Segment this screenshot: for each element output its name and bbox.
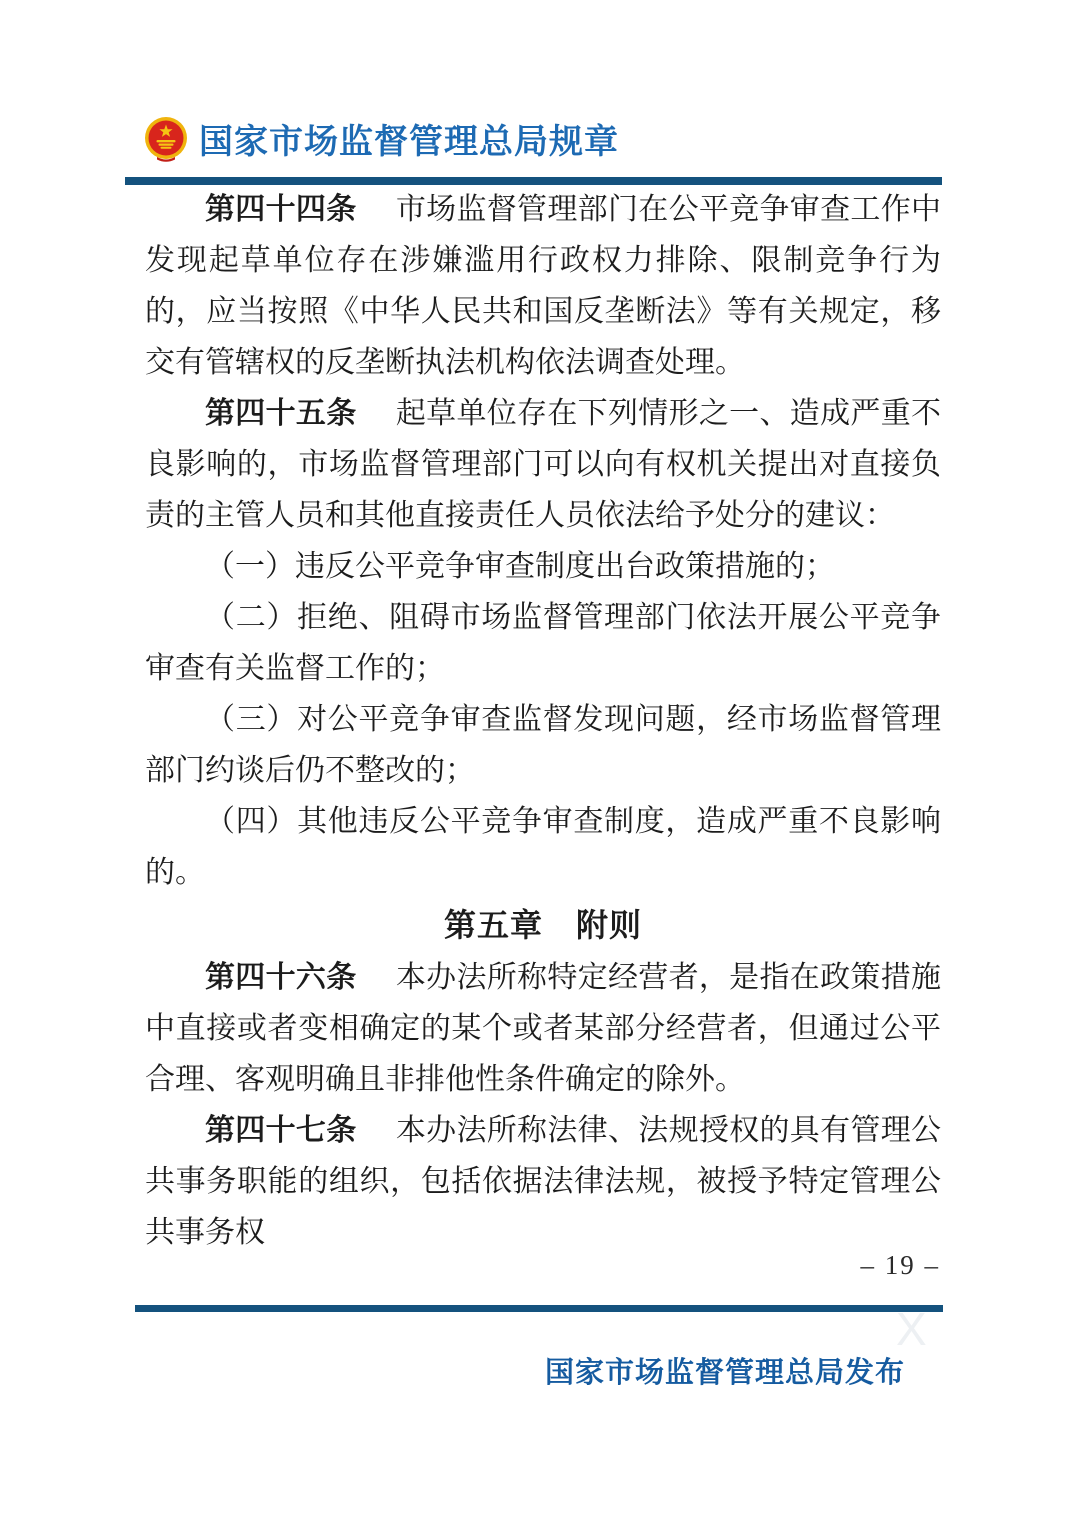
page-number: – 19 – (861, 1250, 941, 1281)
article-44-paragraph: 第四十四条 市场监督管理部门在公平竞争审查工作中发现起草单位存在涉嫌滥用行政权力… (145, 184, 941, 388)
article-number: 第四十六条 (205, 961, 357, 994)
article-number: 第四十五条 (205, 397, 357, 430)
paragraph-text: （一）违反公平竞争审查制度出台政策措施的； (205, 550, 835, 583)
watermark-x-icon: X (896, 1306, 927, 1352)
article-46-paragraph: 第四十六条 本办法所称特定经营者，是指在政策措施中直接或者变相确定的某个或者某部… (145, 952, 941, 1105)
list-item-2: （二）拒绝、阻碍市场监督管理部门依法开展公平竞争审查有关监督工作的； (145, 592, 941, 694)
article-number: 第四十七条 (205, 1114, 357, 1147)
article-47-paragraph: 第四十七条 本办法所称法律、法规授权的具有管理公共事务职能的组织，包括依据法律法… (145, 1105, 941, 1258)
list-item-1: （一）违反公平竞争审查制度出台政策措施的； (145, 541, 941, 592)
list-item-4: （四）其他违反公平竞争审查制度，造成严重不良影响的。 (145, 796, 941, 898)
list-item-3: （三）对公平竞争审查监督发现问题，经市场监督管理部门约谈后仍不整改的； (145, 694, 941, 796)
document-page: 国家市场监督管理总局规章 第四十四条 市场监督管理部门在公平竞争审查工作中发现起… (0, 0, 1074, 1520)
national-emblem-icon (143, 116, 189, 162)
footer-divider (135, 1305, 943, 1312)
article-number: 第四十四条 (205, 193, 357, 226)
document-body: 第四十四条 市场监督管理部门在公平竞争审查工作中发现起草单位存在涉嫌滥用行政权力… (145, 184, 941, 1258)
chapter-heading: 第五章 附则 (145, 898, 941, 952)
article-45-paragraph: 第四十五条 起草单位存在下列情形之一、造成严重不良影响的，市场监督管理部门可以向… (145, 388, 941, 541)
paragraph-text: （二）拒绝、阻碍市场监督管理部门依法开展公平竞争审查有关监督工作的； (145, 601, 941, 685)
paragraph-text: （三）对公平竞争审查监督发现问题，经市场监督管理部门约谈后仍不整改的； (145, 703, 941, 787)
paragraph-text: （四）其他违反公平竞争审查制度，造成严重不良影响的。 (145, 805, 941, 889)
header-title: 国家市场监督管理总局规章 (199, 114, 619, 163)
page-header: 国家市场监督管理总局规章 (143, 114, 619, 163)
footer-publisher: 国家市场监督管理总局发布 (545, 1350, 905, 1391)
